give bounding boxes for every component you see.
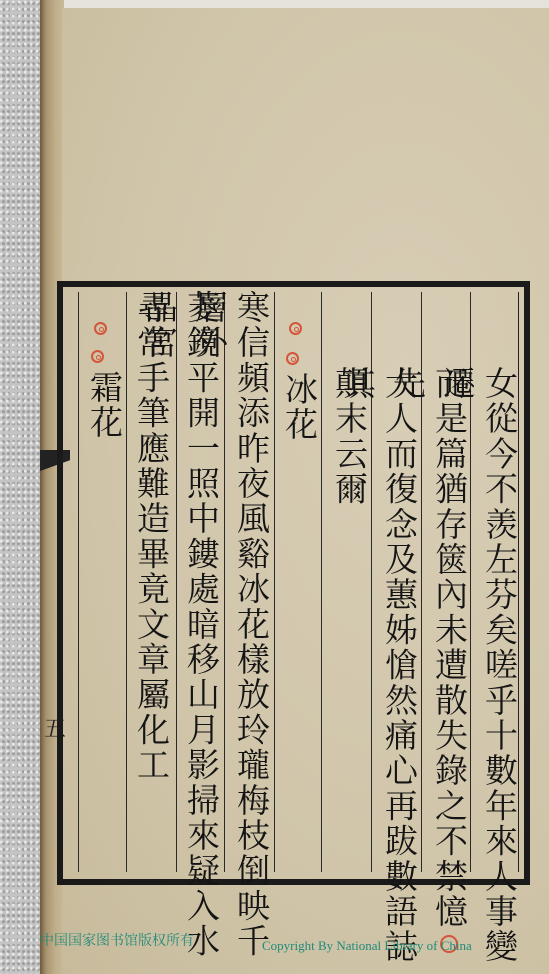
copyright-chinese: 中国国家图书馆版权所有 [40,930,194,950]
text-column-8: 尋常手筆應難造畢竟文章屬化工 [130,290,172,783]
poem-title-frost-flower: 霜花 [83,370,125,440]
seal-mark-icon [289,322,302,335]
seal-mark-icon [286,352,299,365]
text-column-4: 顛末云爾 [328,366,370,507]
seal-mark-icon [91,350,104,363]
text-column-6: 寒信頻添昨夜風谿冰花樣放玲瓏梅枝倒映千層外 [230,290,272,974]
text-column-2: 而是篇猶存篋內未遭散失錄之不禁憶先 [428,366,470,974]
column-rule [321,292,322,872]
column-rule [224,292,225,872]
copyright-english: Copyright By National Library of China [262,938,472,954]
text-column-1: 女從今不羡左芬矣嗟乎十數年來人事變遷 [478,366,520,974]
page-number: 五 [44,712,66,743]
seal-mark-icon [94,322,107,335]
text-column-7: 菱鏡平開一照中鏤處暗移山月影掃來疑入水晶宮 [180,290,222,974]
poem-title-ice-flower: 冰花 [278,372,320,442]
column-rule [176,292,177,872]
text-column-3: 大人而復念及蕙姊愴然痛心再跋數語誌其 [378,366,420,974]
column-rule [274,292,275,872]
top-strip [64,0,549,8]
column-rule [126,292,127,872]
text-column-2-body: 而是篇猶存篋內未遭散失錄之不禁憶 [430,366,469,929]
column-rule [78,292,79,872]
